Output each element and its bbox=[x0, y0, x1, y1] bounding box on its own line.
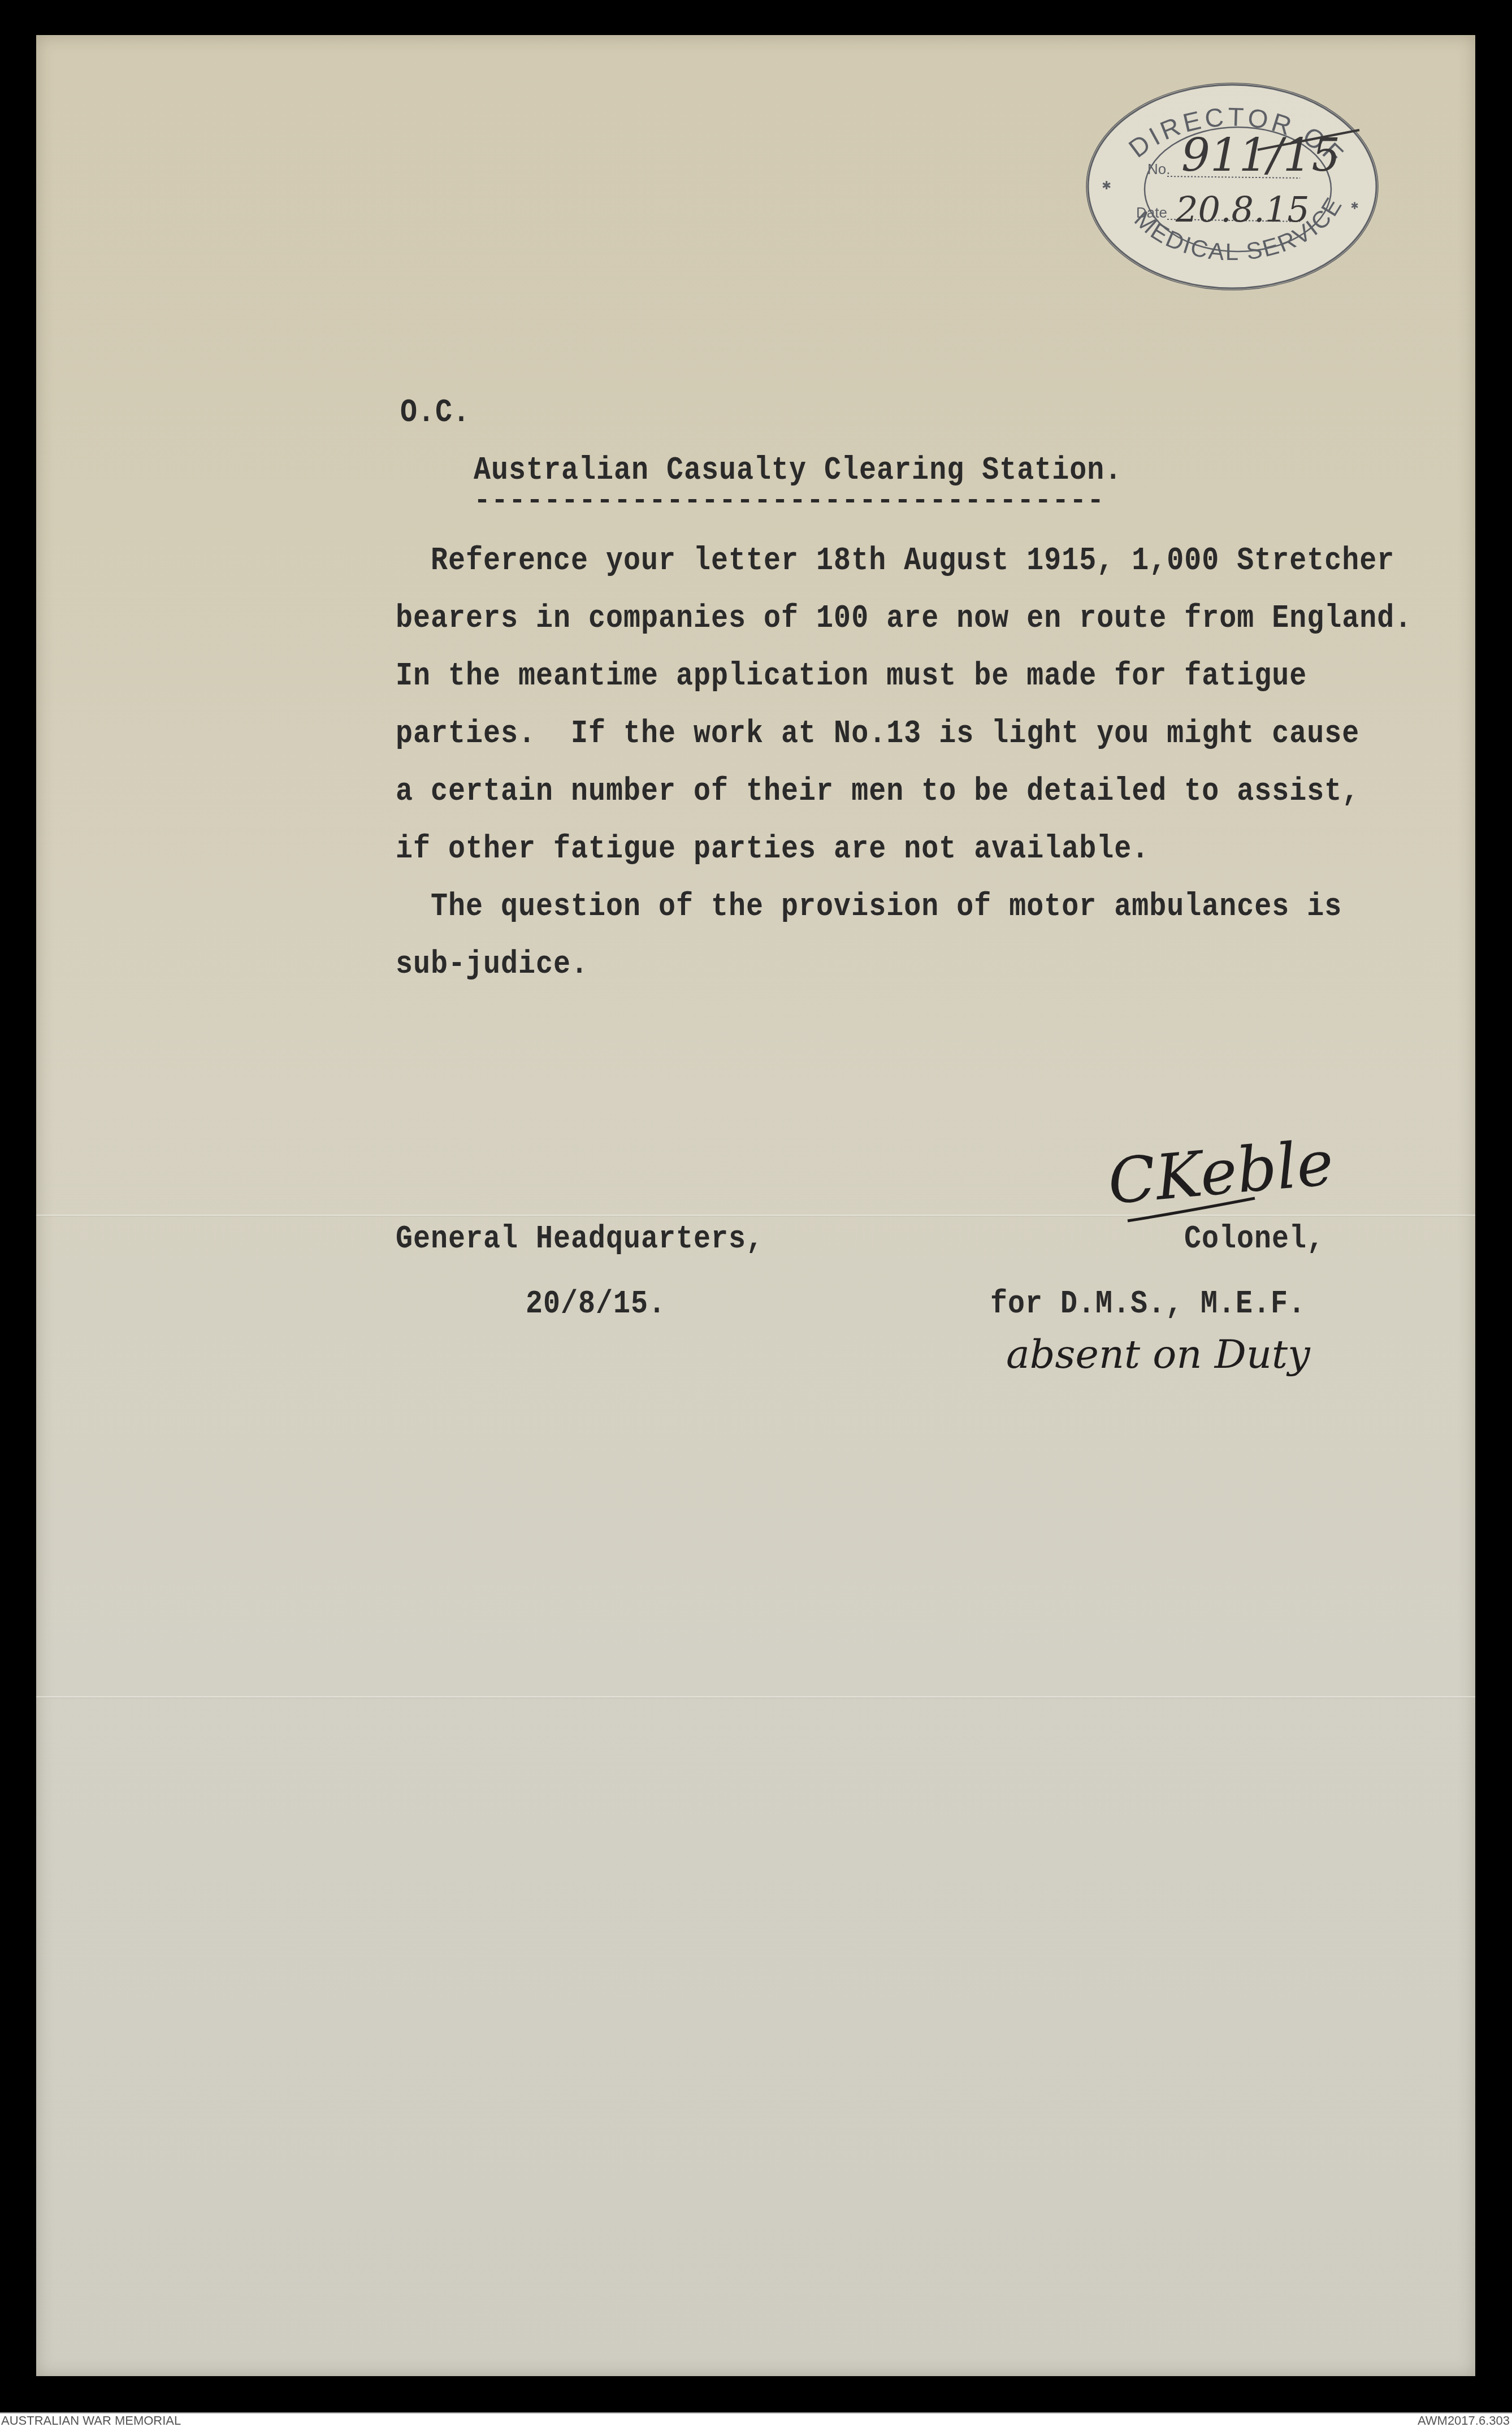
stamp-oval-icon: DIRECTOR OF MEDICAL SERVICES No. Date ✱ … bbox=[1068, 73, 1396, 300]
origin-location: General Headquarters, bbox=[396, 1221, 764, 1258]
footer-accession-number: AWM2017.6.303 bbox=[1418, 2413, 1510, 2427]
svg-text:✱: ✱ bbox=[1351, 199, 1358, 213]
signatory-for-line: for D.M.S., M.E.F. bbox=[990, 1286, 1306, 1323]
letter-date: 20/8/15. bbox=[526, 1286, 666, 1323]
body-line-5: a certain number of their men to be deta… bbox=[396, 773, 1359, 811]
handwritten-note: absent on Duty bbox=[1006, 1331, 1310, 1377]
recipient-underline: ------------------------------------ bbox=[474, 485, 1104, 517]
svg-text:20.8.15: 20.8.15 bbox=[1175, 189, 1310, 230]
svg-text:✱: ✱ bbox=[1102, 177, 1111, 194]
body-line-3: In the meantime application must be made… bbox=[396, 658, 1307, 695]
dms-received-stamp: DIRECTOR OF MEDICAL SERVICES No. Date ✱ … bbox=[1068, 73, 1396, 300]
signatory-rank: Colonel, bbox=[1184, 1221, 1324, 1258]
recipient-unit: Australian Casualty Clearing Station. bbox=[474, 452, 1122, 489]
addressee: O.C. bbox=[400, 395, 470, 432]
archive-footer: AUSTRALIAN WAR MEMORIAL AWM2017.6.303 bbox=[0, 2412, 1512, 2427]
body-line-4: parties. If the work at No.13 is light y… bbox=[396, 716, 1359, 753]
body-line-2: bearers in companies of 100 are now en r… bbox=[396, 600, 1412, 638]
svg-text:Date: Date bbox=[1136, 204, 1167, 221]
body-line-1: Reference your letter 18th August 1915, … bbox=[396, 543, 1394, 580]
body-line-7: The question of the provision of motor a… bbox=[396, 889, 1342, 926]
svg-text:No.: No. bbox=[1147, 161, 1170, 177]
body-line-6: if other fatigue parties are not availab… bbox=[396, 831, 1149, 868]
paper-fold-line bbox=[36, 1696, 1475, 1698]
svg-text:911/15: 911/15 bbox=[1181, 129, 1340, 181]
footer-institution: AUSTRALIAN WAR MEMORIAL bbox=[1, 2413, 181, 2427]
body-line-8: sub-judice. bbox=[396, 946, 588, 983]
